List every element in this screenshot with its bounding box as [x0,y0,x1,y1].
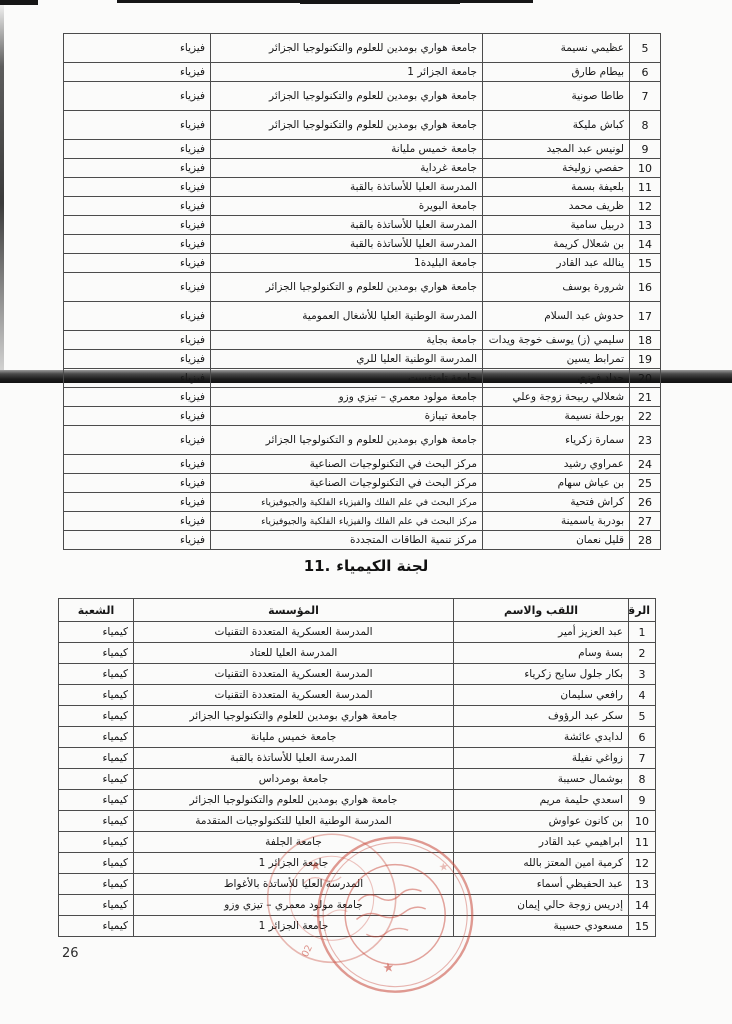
cell-branch: فيزياء [64,34,211,63]
chemistry-table-body: 1عبد العزيز أميرالمدرسة العسكرية المتعدد… [59,622,656,937]
cell-inst: المدرسة العسكرية المتعددة التقنيات [134,664,454,685]
cell-num: 12 [629,853,656,874]
cell-inst: المدرسة العسكرية المتعددة التقنيات [134,622,454,643]
cell-inst: مركز البحث في التكنولوجيات الصناعية [211,455,483,474]
cell-num: 28 [630,531,661,550]
cell-branch: فيزياء [64,216,211,235]
cell-branch: كيمياء [59,769,134,790]
section-number: 11. [304,557,331,575]
cell-branch: فيزياء [64,350,211,369]
chemistry-committee-table: الرقم اللقب والاسم المؤسسة الشعبة 1عبد ا… [58,598,656,937]
scan-artifact-top-left [0,0,38,5]
physics-table-body: 5عظيمي نسيمةجامعة هواري بومدين للعلوم وا… [64,34,661,550]
cell-name: اسعدي حليمة مريم [454,790,629,811]
cell-num: 20 [630,369,661,388]
cell-inst: المدرسة العسكرية المتعددة التقنيات [134,685,454,706]
cell-name: سليمي (ز) يوسف خوجة ويدات [483,331,630,350]
cell-inst: جامعة البليدة1 [211,254,483,273]
cell-num: 6 [629,727,656,748]
table-row: 19تمرابط يسينالمدرسة الوطنية العليا للري… [64,350,661,369]
cell-name: شرورة يوسف [483,273,630,302]
cell-num: 10 [630,159,661,178]
table-row: 11بلعيفة بسمةالمدرسة العليا للأساتذة بال… [64,178,661,197]
table-row: 22بورحلة نسيمةجامعة تيبازةفيزياء [64,407,661,426]
cell-inst: المدرسة العليا للأساتذة بالقبة [211,235,483,254]
cell-num: 14 [629,895,656,916]
cell-num: 22 [630,407,661,426]
table-row: 13عبد الحفيظي أسماءالمدرسة العليا للأسات… [59,874,656,895]
table-row: 10حفصي زوليخةجامعة غردايةفيزياء [64,159,661,178]
table-row: 9لونيس عبد المجيدجامعة خميس مليانةفيزياء [64,140,661,159]
cell-num: 10 [629,811,656,832]
cell-num: 17 [630,302,661,331]
cell-name: عبد الحفيظي أسماء [454,874,629,895]
cell-branch: كيمياء [59,832,134,853]
table-row: 24عمراوي رشيدمركز البحث في التكنولوجيات … [64,455,661,474]
cell-num: 8 [629,769,656,790]
cell-branch: فيزياء [64,531,211,550]
header-name: اللقب والاسم [454,599,629,622]
page-number: 26 [62,946,79,961]
cell-name: سمارة زكرياء [483,426,630,455]
header-institution: المؤسسة [134,599,454,622]
cell-inst: المدرسة الوطنية العليا للري [211,350,483,369]
cell-inst: المدرسة العليا للأساتذة بالقبة [211,216,483,235]
cell-inst: مركز البحث في علم الفلك والفيزياء الفلكي… [211,493,483,512]
cell-branch: كيمياء [59,790,134,811]
cell-inst: جامعة هواري بومدين للعلوم والتكنولوجيا ا… [211,34,483,63]
cell-inst: جامعة بجاية [211,331,483,350]
cell-branch: فيزياء [64,331,211,350]
cell-branch: كيمياء [59,622,134,643]
cell-branch: فيزياء [64,407,211,426]
table-row: 7طاطا صونيةجامعة هواري بومدين للعلوم وال… [64,82,661,111]
cell-name: إدريس زوجة حالي إيمان [454,895,629,916]
cell-branch: فيزياء [64,140,211,159]
table-row: 14بن شعلال كريمةالمدرسة العليا للأساتذة … [64,235,661,254]
cell-branch: فيزياء [64,63,211,82]
cell-name: كرمية امين المعتز بالله [454,853,629,874]
cell-inst: جامعة تامنغست [211,369,483,388]
table-row: 3بكار جلول سايح زكرياءالمدرسة العسكرية ا… [59,664,656,685]
table-row: 6بيطام طارقجامعة الجزائر 1فيزياء [64,63,661,82]
cell-branch: كيمياء [59,706,134,727]
header-branch: الشعبة [59,599,134,622]
scan-artifact-top-bar-thick [300,0,460,4]
cell-name: عبد العزيز أمير [454,622,629,643]
cell-num: 7 [629,748,656,769]
table-row: 4رافعي سليمانالمدرسة العسكرية المتعددة ا… [59,685,656,706]
cell-num: 13 [630,216,661,235]
cell-inst: مركز البحث في التكنولوجيات الصناعية [211,474,483,493]
table-row: 7زواغي نفيلةالمدرسة العليا للأساتذة بالق… [59,748,656,769]
cell-inst: جامعة هواري بومدين للعلوم و التكنولوجيا … [211,273,483,302]
cell-inst: جامعة هواري بومدين للعلوم و التكنولوجيا … [211,426,483,455]
cell-num: 7 [630,82,661,111]
cell-num: 9 [630,140,661,159]
cell-branch: فيزياء [64,235,211,254]
cell-num: 6 [630,63,661,82]
cell-branch: فيزياء [64,474,211,493]
cell-branch: كيمياء [59,874,134,895]
cell-name: بلعيفة بسمة [483,178,630,197]
table-row: 28قليل نعمانمركز تنمية الطاقات المتجددةف… [64,531,661,550]
cell-name: زواغي نفيلة [454,748,629,769]
cell-num: 25 [630,474,661,493]
cell-inst: جامعة تيبازة [211,407,483,426]
table-row: 10بن كانون عواوشالمدرسة الوطنية العليا ل… [59,811,656,832]
cell-name: ينالله عبد القادر [483,254,630,273]
cell-branch: فيزياء [64,254,211,273]
cell-branch: فيزياء [64,82,211,111]
cell-num: 26 [630,493,661,512]
cell-name: لدايدي عائشة [454,727,629,748]
cell-branch: فيزياء [64,455,211,474]
table-row: 23سمارة زكرياءجامعة هواري بومدين للعلوم … [64,426,661,455]
stamp-star-icon: ★ [382,960,395,976]
cell-inst: جامعة مولود معمري – تيزي وزو [134,895,454,916]
cell-inst: جامعة هواري بومدين للعلوم والتكنولوجيا ا… [211,82,483,111]
cell-num: 19 [630,350,661,369]
table-row: 14إدريس زوجة حالي إيمانجامعة مولود معمري… [59,895,656,916]
cell-name: كباش مليكة [483,111,630,140]
table-row: 12ظريف محمدجامعة البويرةفيزياء [64,197,661,216]
cell-inst: جامعة مولود معمري – تيزي وزو [211,388,483,407]
table-row: 15مسعودي حسيبةجامعة الجزائر 1كيمياء [59,916,656,937]
table-row: 8كباش مليكةجامعة هواري بومدين للعلوم وال… [64,111,661,140]
cell-branch: فيزياء [64,302,211,331]
cell-inst: المدرسة العليا للأساتذة بالقبة [211,178,483,197]
cell-num: 8 [630,111,661,140]
table-row: 12كرمية امين المعتز باللهجامعة الجزائر 1… [59,853,656,874]
cell-branch: كيمياء [59,916,134,937]
cell-branch: فيزياء [64,273,211,302]
cell-num: 13 [629,874,656,895]
cell-name: لونيس عبد المجيد [483,140,630,159]
cell-name: تمرابط يسين [483,350,630,369]
cell-num: 23 [630,426,661,455]
cell-num: 5 [630,34,661,63]
cell-inst: المدرسة العليا للأساتذة بالقبة [134,748,454,769]
cell-name: سكر عبد الرؤوف [454,706,629,727]
cell-inst: جامعة الجزائر 1 [134,916,454,937]
table-row: 5سكر عبد الرؤوفجامعة هواري بومدين للعلوم… [59,706,656,727]
table-row: 18سليمي (ز) يوسف خوجة ويداتجامعة بجايةفي… [64,331,661,350]
cell-inst: المدرسة العليا للعتاد [134,643,454,664]
cell-branch: فيزياء [64,111,211,140]
cell-name: حدوش عبد السلام [483,302,630,331]
table-header-row: الرقم اللقب والاسم المؤسسة الشعبة [59,599,656,622]
cell-name: بكار جلول سايح زكرياء [454,664,629,685]
table-row: 9اسعدي حليمة مريمجامعة هواري بومدين للعل… [59,790,656,811]
cell-num: 21 [630,388,661,407]
cell-num: 11 [630,178,661,197]
cell-inst: المدرسة الوطنية العليا للأشغال العمومية [211,302,483,331]
scanned-document-page: 5عظيمي نسيمةجامعة هواري بومدين للعلوم وا… [0,0,732,1024]
cell-name: ابراهيمي عبد القادر [454,832,629,853]
cell-inst: جامعة بومرداس [134,769,454,790]
cell-num: 3 [629,664,656,685]
cell-name: بورحلة نسيمة [483,407,630,426]
cell-name: حداد فوزي [483,369,630,388]
cell-branch: كيمياء [59,853,134,874]
section-title: لجنة الكيمياء [336,557,428,575]
cell-branch: كيمياء [59,811,134,832]
cell-branch: فيزياء [64,159,211,178]
cell-name: بسة وسام [454,643,629,664]
table-row: 27بودربة ياسمينةمركز البحث في علم الفلك … [64,512,661,531]
cell-name: عمراوي رشيد [483,455,630,474]
cell-branch: كيمياء [59,727,134,748]
cell-inst: جامعة الجلفة [134,832,454,853]
table-row: 25بن عياش سهاممركز البحث في التكنولوجيات… [64,474,661,493]
cell-name: رافعي سليمان [454,685,629,706]
cell-branch: كيمياء [59,664,134,685]
cell-branch: كيمياء [59,748,134,769]
cell-name: حفصي زوليخة [483,159,630,178]
cell-branch: كيمياء [59,895,134,916]
cell-num: 1 [629,622,656,643]
cell-num: 15 [629,916,656,937]
scan-artifact-right-edge [0,0,4,370]
table-row: 13دربيل ساميةالمدرسة العليا للأساتذة بال… [64,216,661,235]
cell-num: 5 [629,706,656,727]
table-row: 21شعلالي ربيحة زوجة وعليجامعة مولود معمر… [64,388,661,407]
cell-name: دربيل سامية [483,216,630,235]
cell-name: كراش فتحية [483,493,630,512]
cell-num: 9 [629,790,656,811]
cell-num: 24 [630,455,661,474]
cell-name: طاطا صونية [483,82,630,111]
table-row: 8بوشمال حسيبةجامعة بومرداسكيمياء [59,769,656,790]
cell-num: 18 [630,331,661,350]
cell-num: 27 [630,512,661,531]
cell-branch: كيمياء [59,643,134,664]
cell-name: بن عياش سهام [483,474,630,493]
cell-inst: جامعة هواري بومدين للعلوم والتكنولوجيا ا… [134,706,454,727]
table-row: 16شرورة يوسفجامعة هواري بومدين للعلوم و … [64,273,661,302]
cell-inst: جامعة خميس مليانة [134,727,454,748]
cell-branch: فيزياء [64,388,211,407]
cell-inst: جامعة غرداية [211,159,483,178]
table-row: 20حداد فوزيجامعة تامنغستفيزياء [64,369,661,388]
cell-branch: فيزياء [64,512,211,531]
cell-name: بودربة ياسمينة [483,512,630,531]
cell-inst: جامعة خميس مليانة [211,140,483,159]
cell-num: 4 [629,685,656,706]
cell-inst: جامعة هواري بومدين للعلوم والتكنولوجيا ا… [134,790,454,811]
table-row: 2بسة وسامالمدرسة العليا للعتادكيمياء [59,643,656,664]
table-row: 6لدايدي عائشةجامعة خميس مليانةكيمياء [59,727,656,748]
cell-inst: المدرسة الوطنية العليا للتكنولوجيات المت… [134,811,454,832]
cell-branch: فيزياء [64,197,211,216]
table-row: 17حدوش عبد السلامالمدرسة الوطنية العليا … [64,302,661,331]
cell-name: قليل نعمان [483,531,630,550]
cell-inst: مركز البحث في علم الفلك والفيزياء الفلكي… [211,512,483,531]
cell-branch: فيزياء [64,178,211,197]
cell-inst: المدرسة العليا للأساتذة بالأغواط [134,874,454,895]
cell-num: 2 [629,643,656,664]
header-number: الرقم [629,599,656,622]
cell-num: 16 [630,273,661,302]
cell-num: 14 [630,235,661,254]
cell-name: شعلالي ربيحة زوجة وعلي [483,388,630,407]
cell-num: 11 [629,832,656,853]
cell-num: 12 [630,197,661,216]
table-row: 11ابراهيمي عبد القادرجامعة الجلفةكيمياء [59,832,656,853]
physics-committee-table: 5عظيمي نسيمةجامعة هواري بومدين للعلوم وا… [63,33,661,550]
cell-name: ظريف محمد [483,197,630,216]
cell-branch: فيزياء [64,493,211,512]
cell-branch: فيزياء [64,369,211,388]
table-row: 5عظيمي نسيمةجامعة هواري بومدين للعلوم وا… [64,34,661,63]
cell-inst: مركز تنمية الطاقات المتجددة [211,531,483,550]
cell-name: عظيمي نسيمة [483,34,630,63]
cell-branch: فيزياء [64,426,211,455]
table-row: 26كراش فتحيةمركز البحث في علم الفلك والف… [64,493,661,512]
cell-branch: كيمياء [59,685,134,706]
cell-name: بن كانون عواوش [454,811,629,832]
cell-inst: جامعة الجزائر 1 [211,63,483,82]
cell-name: بيطام طارق [483,63,630,82]
cell-inst: جامعة هواري بومدين للعلوم والتكنولوجيا ا… [211,111,483,140]
table-row: 1عبد العزيز أميرالمدرسة العسكرية المتعدد… [59,622,656,643]
cell-name: مسعودي حسيبة [454,916,629,937]
table-row: 15ينالله عبد القادرجامعة البليدة1فيزياء [64,254,661,273]
cell-num: 15 [630,254,661,273]
cell-name: بوشمال حسيبة [454,769,629,790]
section-heading: 11. لجنة الكيمياء [0,557,732,575]
cell-inst: جامعة الجزائر 1 [134,853,454,874]
stamp-number-text: 02 [300,943,315,959]
cell-inst: جامعة البويرة [211,197,483,216]
cell-name: بن شعلال كريمة [483,235,630,254]
